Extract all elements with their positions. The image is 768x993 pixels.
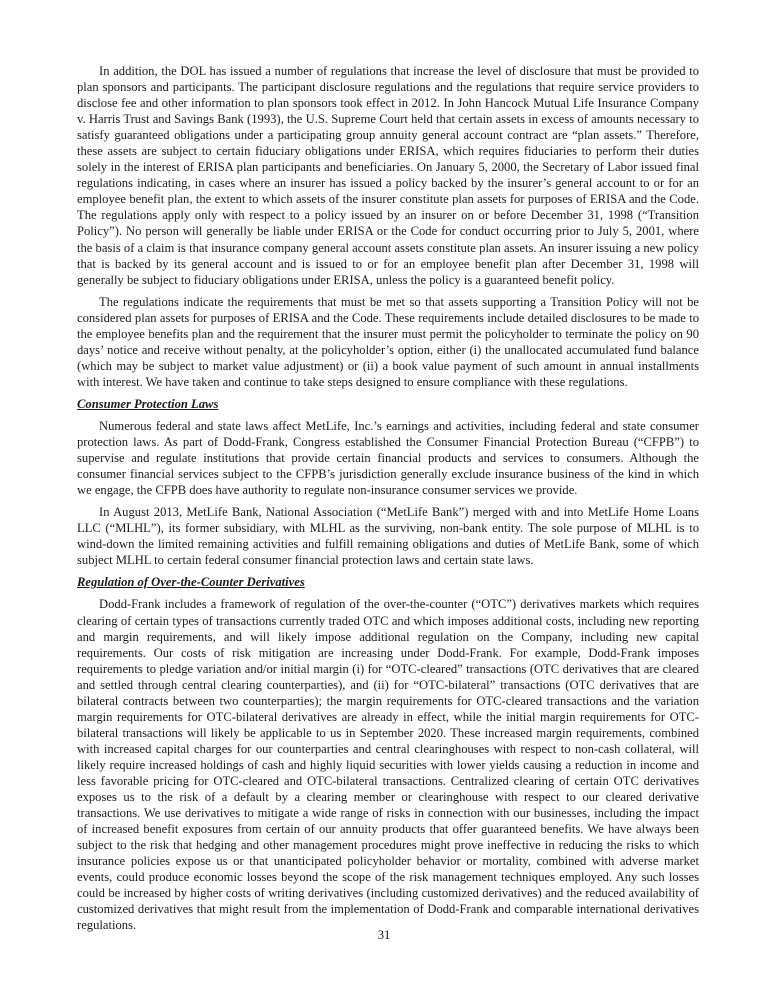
paragraph-metlife-bank: In August 2013, MetLife Bank, National A… bbox=[77, 504, 699, 568]
paragraph-dol-regulations: In addition, the DOL has issued a number… bbox=[77, 63, 699, 288]
section-heading-consumer-protection: Consumer Protection Laws bbox=[77, 396, 699, 412]
paragraph-otc-derivatives: Dodd-Frank includes a framework of regul… bbox=[77, 596, 699, 933]
section-heading-otc-derivatives: Regulation of Over-the-Counter Derivativ… bbox=[77, 574, 699, 590]
document-page: In addition, the DOL has issued a number… bbox=[77, 63, 699, 939]
paragraph-transition-policy: The regulations indicate the requirement… bbox=[77, 294, 699, 390]
page-number: 31 bbox=[0, 928, 768, 943]
paragraph-consumer-protection: Numerous federal and state laws affect M… bbox=[77, 418, 699, 498]
